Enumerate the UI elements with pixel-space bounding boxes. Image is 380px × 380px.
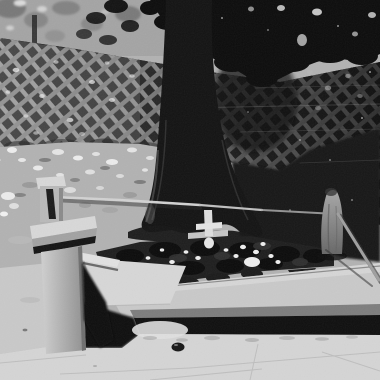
photograph (0, 0, 380, 380)
film-grain-overlay (0, 0, 380, 380)
photo-canvas (0, 0, 380, 380)
